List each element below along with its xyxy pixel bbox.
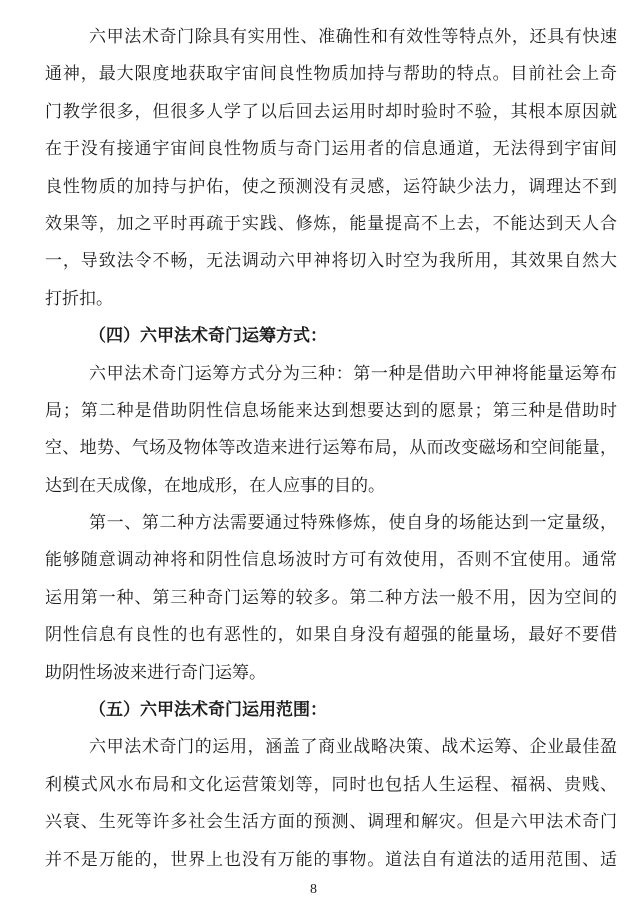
- page-number: 8: [0, 882, 627, 898]
- text-line: 六甲法术奇门的运用，涵盖了商业战略决策、战术运筹、企业最佳盈: [45, 728, 617, 765]
- text-line: 空、地势、气场及物体等改造来进行运筹布局，从而改变磁场和空间能量，: [45, 429, 617, 466]
- text-line: 达到在天成像，在地成形，在人应事的目的。: [45, 467, 617, 504]
- text-line: 六甲法术奇门除具有实用性、准确性和有效性等特点外，还具有快速: [45, 18, 617, 55]
- text-line: 打折扣。: [45, 280, 617, 317]
- text-line: 利模式风水布局和文化运营策划等，同时也包括人生运程、福祸、贵贱、: [45, 766, 617, 803]
- text-line: 兴衰、生死等许多社会生活方面的预测、调理和解灾。但是六甲法术奇门: [45, 803, 617, 840]
- text-line: 能够随意调动神将和阴性信息场波时方可有效使用，否则不宜使用。通常: [45, 541, 617, 578]
- text-line: 阴性信息有良性的也有恶性的，如果自身没有超强的能量场，最好不要借: [45, 616, 617, 653]
- text-line: 一，导致法令不畅，无法调动六甲神将切入时空为我所用，其效果自然大: [45, 242, 617, 279]
- section-heading: （四）六甲法术奇门运筹方式：: [45, 317, 617, 354]
- text-line: 门教学很多，但很多人学了以后回去运用时却时验时不验，其根本原因就: [45, 93, 617, 130]
- text-line: 效果等，加之平时再疏于实践、修炼，能量提高不上去，不能达到天人合: [45, 205, 617, 242]
- text-line: 六甲法术奇门运筹方式分为三种：第一种是借助六甲神将能量运筹布: [45, 355, 617, 392]
- text-line: 良性物质的加持与护佑，使之预测没有灵感，运符缺少法力，调理达不到: [45, 168, 617, 205]
- text-line: 并不是万能的，世界上也没有万能的事物。道法自有道法的适用范围、适: [45, 841, 617, 878]
- section-heading: （五）六甲法术奇门运用范围：: [45, 691, 617, 728]
- text-line: 运用第一种、第三种奇门运筹的较多。第二种方法一般不用，因为空间的: [45, 579, 617, 616]
- document-page: 六甲法术奇门除具有实用性、准确性和有效性等特点外，还具有快速通神，最大限度地获取…: [0, 0, 627, 918]
- text-line: 在于没有接通宇宙间良性物质与奇门运用者的信息通道，无法得到宇宙间: [45, 130, 617, 167]
- document-body: 六甲法术奇门除具有实用性、准确性和有效性等特点外，还具有快速通神，最大限度地获取…: [45, 18, 617, 878]
- text-line: 第一、第二种方法需要通过特殊修炼，使自身的场能达到一定量级，: [45, 504, 617, 541]
- text-line: 通神，最大限度地获取宇宙间良性物质加持与帮助的特点。目前社会上奇: [45, 55, 617, 92]
- text-line: 局；第二种是借助阴性信息场能来达到想要达到的愿景；第三种是借助时: [45, 392, 617, 429]
- text-line: 助阴性场波来进行奇门运筹。: [45, 654, 617, 691]
